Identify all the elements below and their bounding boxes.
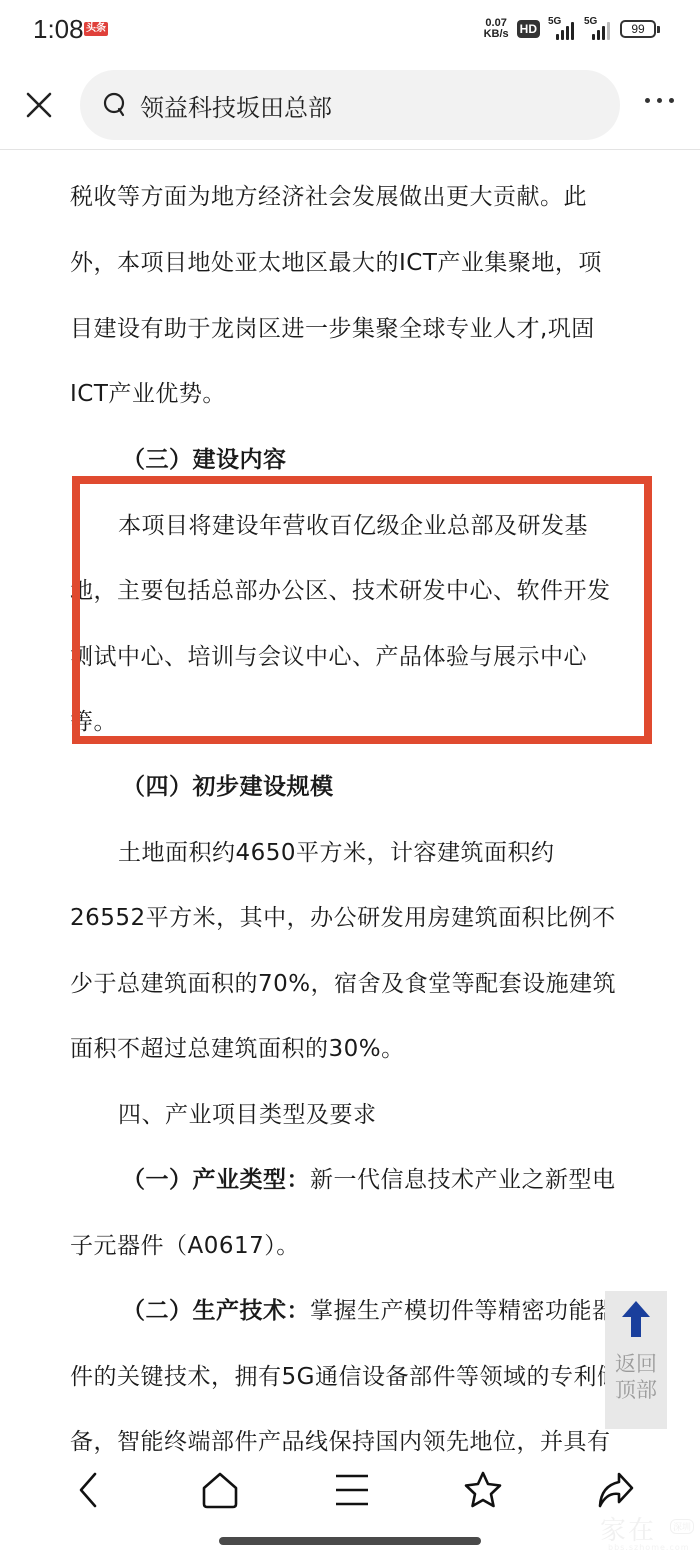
arrow-up-icon (622, 1301, 650, 1337)
watermark-url: bbs.szhome.com (608, 1543, 690, 1552)
home-icon (200, 1470, 240, 1510)
more-icon (645, 98, 650, 103)
back-to-top-button[interactable]: 返回顶部 (605, 1291, 667, 1429)
paragraph-line: 件的关键技术，拥有5G通信设备部件等领域的专利储 (70, 1358, 620, 1391)
paragraph-line: （二）生产技术：掌握生产模切件等精密功能器 (122, 1292, 616, 1325)
battery-icon: 99 (620, 20, 660, 38)
browser-top-bar: 领益科技坂田总部 (0, 60, 700, 150)
section-heading-industry-requirements: 四、产业项目类型及要求 (118, 1096, 377, 1129)
paragraph-line: 26552平方米，其中，办公研发用房建筑面积比例不 (70, 899, 616, 932)
paragraph-line: 税收等方面为地方经济社会发展做出更大贡献。此 (70, 178, 587, 211)
net-speed-unit: KB/s (484, 29, 509, 40)
chevron-left-icon (73, 1470, 103, 1510)
paragraph-line: （一）产业类型：新一代信息技术产业之新型电 (122, 1161, 616, 1194)
nav-home-button[interactable] (190, 1460, 250, 1520)
star-icon (463, 1470, 503, 1510)
back-to-top-label: 返回顶部 (612, 1351, 660, 1403)
paragraph-line: 备，智能终端部件产品线保持国内领先地位，并具有 (70, 1423, 611, 1456)
bottom-navigation-bar (0, 1460, 700, 1520)
search-query: 领益科技坂田总部 (140, 88, 332, 123)
close-button[interactable] (24, 90, 54, 120)
paragraph-line: 面积不超过总建筑面积的30%。 (70, 1030, 405, 1063)
status-indicators: 0.07 KB/s HD 5G 5G 99 (484, 18, 660, 40)
industry-type-value: 新一代信息技术产业之新型电 (310, 1167, 616, 1193)
paragraph-line: 目建设有助于龙岗区进一步集聚全球专业人才,巩固 (70, 310, 595, 343)
close-icon (24, 90, 54, 120)
toutiao-app-icon: 头条 (84, 22, 108, 36)
production-tech-value: 掌握生产模切件等精密功能器 (310, 1298, 616, 1324)
search-input[interactable]: 领益科技坂田总部 (80, 70, 620, 140)
home-indicator[interactable] (219, 1537, 481, 1545)
status-bar: 1:08 头条 0.07 KB/s HD 5G 5G 99 (0, 0, 700, 60)
network-speed: 0.07 KB/s (484, 18, 509, 40)
share-icon (595, 1470, 635, 1510)
nav-back-button[interactable] (58, 1460, 118, 1520)
industry-type-label: （一）产业类型： (122, 1167, 310, 1193)
sim1-network-label: 5G (548, 16, 561, 27)
paragraph-line: 本项目将建设年营收百亿级企业总部及研发基 (118, 507, 588, 540)
nav-favorite-button[interactable] (453, 1460, 513, 1520)
signal-sim2-icon: 5G (584, 18, 612, 40)
nav-menu-button[interactable] (322, 1460, 382, 1520)
production-tech-label: （二）生产技术： (122, 1298, 310, 1324)
paragraph-line: 子元器件（A0617）。 (70, 1227, 300, 1260)
sim2-network-label: 5G (584, 16, 597, 27)
menu-icon (334, 1472, 370, 1508)
paragraph-line: 土地面积约4650平方米，计容建筑面积约 (118, 834, 555, 867)
paragraph-line: 地，主要包括总部办公区、技术研发中心、软件开发 (70, 572, 611, 605)
paragraph-line: 等。 (70, 703, 117, 736)
paragraph-line: ICT产业优势。 (70, 375, 226, 408)
battery-level: 99 (620, 20, 656, 38)
section-heading-construction-content: （三）建设内容 (122, 441, 287, 474)
paragraph-line: 外，本项目地处亚太地区最大的ICT产业集聚地，项 (70, 244, 602, 277)
paragraph-line: 少于总建筑面积的70%，宿舍及食堂等配套设施建筑 (70, 965, 616, 998)
paragraph-line: 测试中心、培训与会议中心、产品体验与展示中心 (70, 638, 587, 671)
status-time: 1:08 (33, 14, 84, 45)
search-icon (102, 91, 128, 119)
nav-share-button[interactable] (585, 1460, 645, 1520)
section-heading-construction-scale: （四）初步建设规模 (122, 768, 334, 801)
signal-sim1-icon: 5G (548, 18, 576, 40)
watermark-badge: 深圳 (670, 1519, 694, 1534)
more-options-button[interactable] (645, 98, 674, 103)
hd-voice-icon: HD (517, 20, 540, 38)
